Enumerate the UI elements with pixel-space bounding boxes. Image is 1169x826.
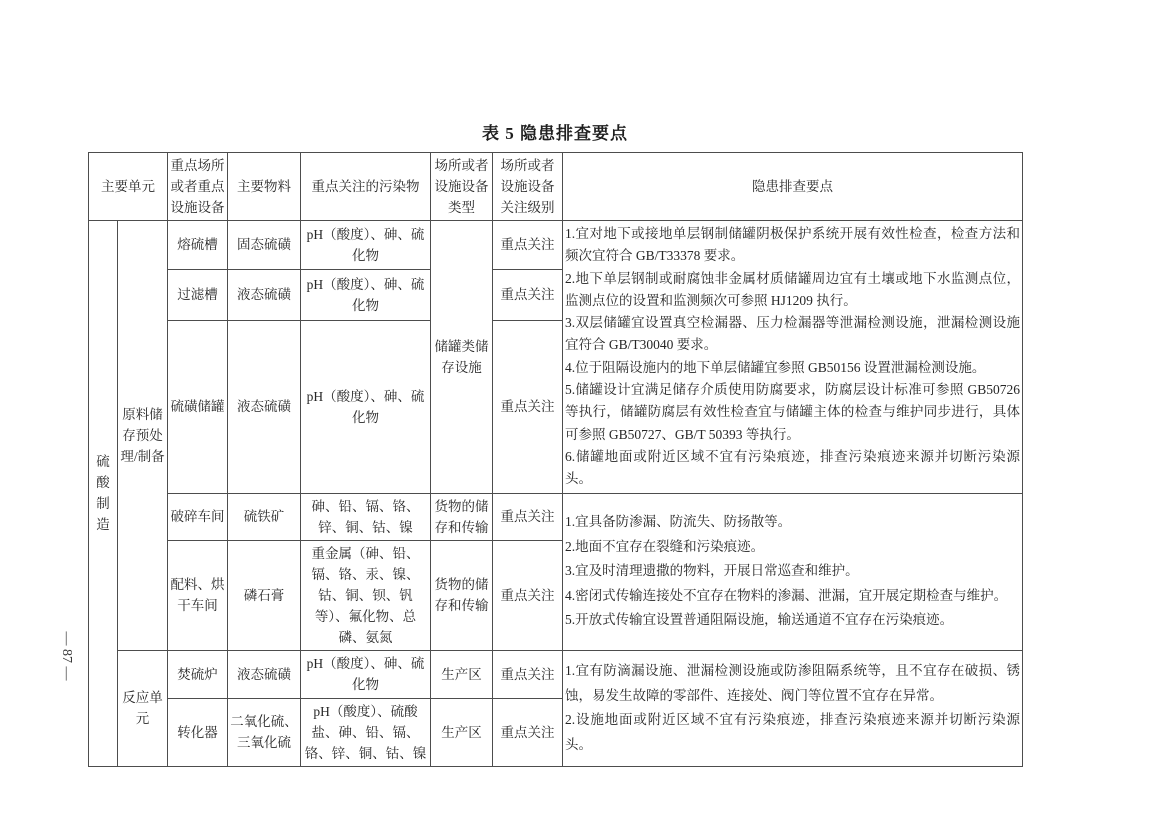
cell-points-cargo: 1.宜具备防渗漏、防流失、防扬散等。 2.地面不宜存在裂缝和污染痕迹。 3.宜及… <box>563 493 1023 650</box>
cell-attention-level: 重点关注 <box>493 221 563 270</box>
point-item: 6.储罐地面或附近区域不宜有污染痕迹，排查污染痕迹来源并切断污染源头。 <box>565 446 1020 491</box>
point-item: 5.开放式传输宜设置普通阻隔设施，输送通道不宜存在污染痕迹。 <box>565 608 1020 633</box>
cell-pollutants: 重金属（砷、铅、镉、铬、汞、镍、钴、铜、钡、钒等）、氟化物、总磷、氨氮 <box>301 540 431 650</box>
cell-material: 液态硫磺 <box>228 269 301 320</box>
point-item: 2.地下单层钢制或耐腐蚀非金属材质储罐周边宜有土壤或地下水监测点位，监测点位的设… <box>565 268 1020 313</box>
header-facility-type: 场所或者设施设备类型 <box>431 153 493 221</box>
point-item: 4.位于阻隔设施内的地下单层储罐宜参照 GB50156 设置泄漏检测设施。 <box>565 357 1020 379</box>
cell-attention-level: 重点关注 <box>493 320 563 493</box>
cell-pollutants: pH（酸度）、砷、硫化物 <box>301 221 431 270</box>
header-material: 主要物料 <box>228 153 301 221</box>
cell-facility-type-production: 生产区 <box>431 650 493 698</box>
page-title: 表 5 隐患排查要点 <box>88 119 1022 144</box>
cell-place: 过滤槽 <box>168 269 228 320</box>
cell-subunit-storage: 原料储存预处理/制备 <box>118 221 168 651</box>
cell-pollutants: pH（酸度）、硫酸盐、砷、铅、镉、铬、锌、铜、钴、镍 <box>301 698 431 766</box>
cell-material: 二氧化硫、三氧化硫 <box>228 698 301 766</box>
cell-attention-level: 重点关注 <box>493 269 563 320</box>
cell-pollutants: pH（酸度）、砷、硫化物 <box>301 650 431 698</box>
header-row: 主要单元 重点场所或者重点设施设备 主要物料 重点关注的污染物 场所或者设施设备… <box>89 153 1023 221</box>
cell-place: 配料、烘干车间 <box>168 540 228 650</box>
cell-pollutants: 砷、铅、镉、铬、锌、铜、钴、镍 <box>301 493 431 540</box>
cell-pollutants: pH（酸度）、砷、硫化物 <box>301 320 431 493</box>
cell-points-tank: 1.宜对地下或接地单层钢制储罐阴极保护系统开展有效性检查，检查方法和频次宜符合 … <box>563 221 1023 494</box>
cell-attention-level: 重点关注 <box>493 650 563 698</box>
point-item: 3.双层储罐宜设置真空检漏器、压力检漏器等泄漏检测设施，泄漏检测设施宜符合 GB… <box>565 312 1020 357</box>
header-attention-level: 场所或者设施设备关注级别 <box>493 153 563 221</box>
table-row: 硫酸制造 原料储存预处理/制备 熔硫槽 固态硫磺 pH（酸度）、砷、硫化物 储罐… <box>89 221 1023 270</box>
cell-material: 固态硫磺 <box>228 221 301 270</box>
cell-material: 液态硫磺 <box>228 650 301 698</box>
point-item: 2.地面不宜存在裂缝和污染痕迹。 <box>565 535 1020 560</box>
point-item: 1.宜有防滴漏设施、泄漏检测设施或防渗阻隔系统等，且不宜存在破损、锈蚀，易发生故… <box>565 659 1020 708</box>
header-main-unit: 主要单元 <box>89 153 168 221</box>
header-pollutants: 重点关注的污染物 <box>301 153 431 221</box>
cell-facility-type-tank: 储罐类储存设施 <box>431 221 493 494</box>
page-number: — 87 — <box>58 616 74 696</box>
cell-material: 磷石膏 <box>228 540 301 650</box>
cell-facility-type-cargo: 货物的储存和传输 <box>431 493 493 540</box>
cell-place: 熔硫槽 <box>168 221 228 270</box>
cell-pollutants: pH（酸度）、砷、硫化物 <box>301 269 431 320</box>
inspection-table: 主要单元 重点场所或者重点设施设备 主要物料 重点关注的污染物 场所或者设施设备… <box>88 152 1023 767</box>
point-item: 3.宜及时清理遗撒的物料，开展日常巡查和维护。 <box>565 559 1020 584</box>
cell-material: 硫铁矿 <box>228 493 301 540</box>
point-item: 5.储罐设计宜满足储存介质使用防腐要求，防腐层设计标准可参照 GB50726 等… <box>565 379 1020 446</box>
point-item: 2.设施地面或附近区域不宜有污染痕迹，排查污染痕迹来源并切断污染源头。 <box>565 708 1020 757</box>
cell-place: 焚硫炉 <box>168 650 228 698</box>
cell-main-unit: 硫酸制造 <box>89 221 118 767</box>
cell-place: 破碎车间 <box>168 493 228 540</box>
cell-facility-type-production: 生产区 <box>431 698 493 766</box>
header-key-place: 重点场所或者重点设施设备 <box>168 153 228 221</box>
point-item: 1.宜具备防渗漏、防流失、防扬散等。 <box>565 510 1020 535</box>
point-item: 1.宜对地下或接地单层钢制储罐阴极保护系统开展有效性检查，检查方法和频次宜符合 … <box>565 223 1020 268</box>
cell-subunit-reaction: 反应单元 <box>118 650 168 766</box>
cell-attention-level: 重点关注 <box>493 698 563 766</box>
header-inspection-points: 隐患排查要点 <box>563 153 1023 221</box>
cell-place: 转化器 <box>168 698 228 766</box>
cell-place: 硫磺储罐 <box>168 320 228 493</box>
cell-facility-type-cargo: 货物的储存和传输 <box>431 540 493 650</box>
cell-attention-level: 重点关注 <box>493 493 563 540</box>
cell-material: 液态硫磺 <box>228 320 301 493</box>
cell-points-production: 1.宜有防滴漏设施、泄漏检测设施或防渗阻隔系统等，且不宜存在破损、锈蚀，易发生故… <box>563 650 1023 766</box>
cell-attention-level: 重点关注 <box>493 540 563 650</box>
point-item: 4.密闭式传输连接处不宜存在物料的渗漏、泄漏，宜开展定期检查与维护。 <box>565 584 1020 609</box>
table-row: 反应单元 焚硫炉 液态硫磺 pH（酸度）、砷、硫化物 生产区 重点关注 1.宜有… <box>89 650 1023 698</box>
table-row: 破碎车间 硫铁矿 砷、铅、镉、铬、锌、铜、钴、镍 货物的储存和传输 重点关注 1… <box>89 493 1023 540</box>
